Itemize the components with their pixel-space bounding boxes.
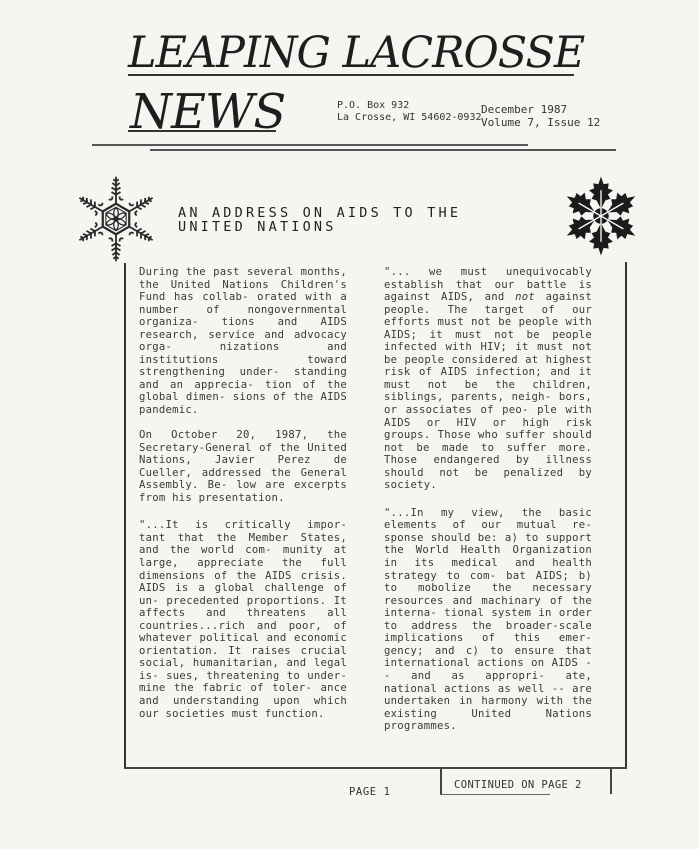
title-underline bbox=[128, 74, 574, 76]
page-number: PAGE 1 bbox=[349, 786, 391, 798]
article-column-left: During the past several months, the Unit… bbox=[139, 266, 347, 733]
issue-volume: Volume 7, Issue 12 bbox=[481, 116, 600, 129]
continued-on-page-link: CONTINUED ON PAGE 2 bbox=[454, 779, 582, 791]
article-headline: AN ADDRESS ON AIDS TO THEUNITED NATIONS bbox=[178, 206, 461, 234]
continued-underline bbox=[440, 794, 550, 795]
article-frame-left bbox=[124, 263, 126, 769]
issue-date: December 1987 bbox=[481, 103, 600, 116]
article-column-right: "... we must unequivocably establish tha… bbox=[384, 266, 592, 745]
snowflake-outline-icon bbox=[70, 174, 162, 264]
paragraph-context: On October 20, 1987, the Secretary-Gener… bbox=[139, 429, 347, 504]
headline-line-2: UNITED NATIONS bbox=[178, 220, 461, 234]
quote-emphasis: not bbox=[515, 291, 535, 303]
quote-text-end: against people. The target of our effort… bbox=[384, 291, 592, 491]
issue-info: December 1987 Volume 7, Issue 12 bbox=[481, 103, 600, 129]
article-frame-right bbox=[625, 262, 627, 769]
paragraph-intro: During the past several months, the Unit… bbox=[139, 266, 347, 417]
address-city: La Crosse, WI 54602-0932 bbox=[337, 112, 482, 124]
paragraph-quote-response: "...In my view, the basic elements of ou… bbox=[384, 507, 592, 733]
paragraph-quote-battle: "... we must unequivocably establish tha… bbox=[384, 266, 592, 492]
mailing-address: P.O. Box 932 La Crosse, WI 54602-0932 bbox=[337, 100, 482, 124]
newsletter-title: LEAPING LACROSSE bbox=[128, 28, 584, 78]
snowflake-solid-icon bbox=[558, 172, 644, 260]
title-underline-news bbox=[128, 130, 276, 132]
masthead-rule-bottom bbox=[150, 149, 616, 151]
headline-line-1: AN ADDRESS ON AIDS TO THE bbox=[178, 206, 461, 220]
paragraph-quote-crisis: "...It is critically impor- tant that th… bbox=[139, 519, 347, 720]
masthead-rule-top bbox=[92, 144, 528, 146]
address-po-box: P.O. Box 932 bbox=[337, 100, 482, 112]
